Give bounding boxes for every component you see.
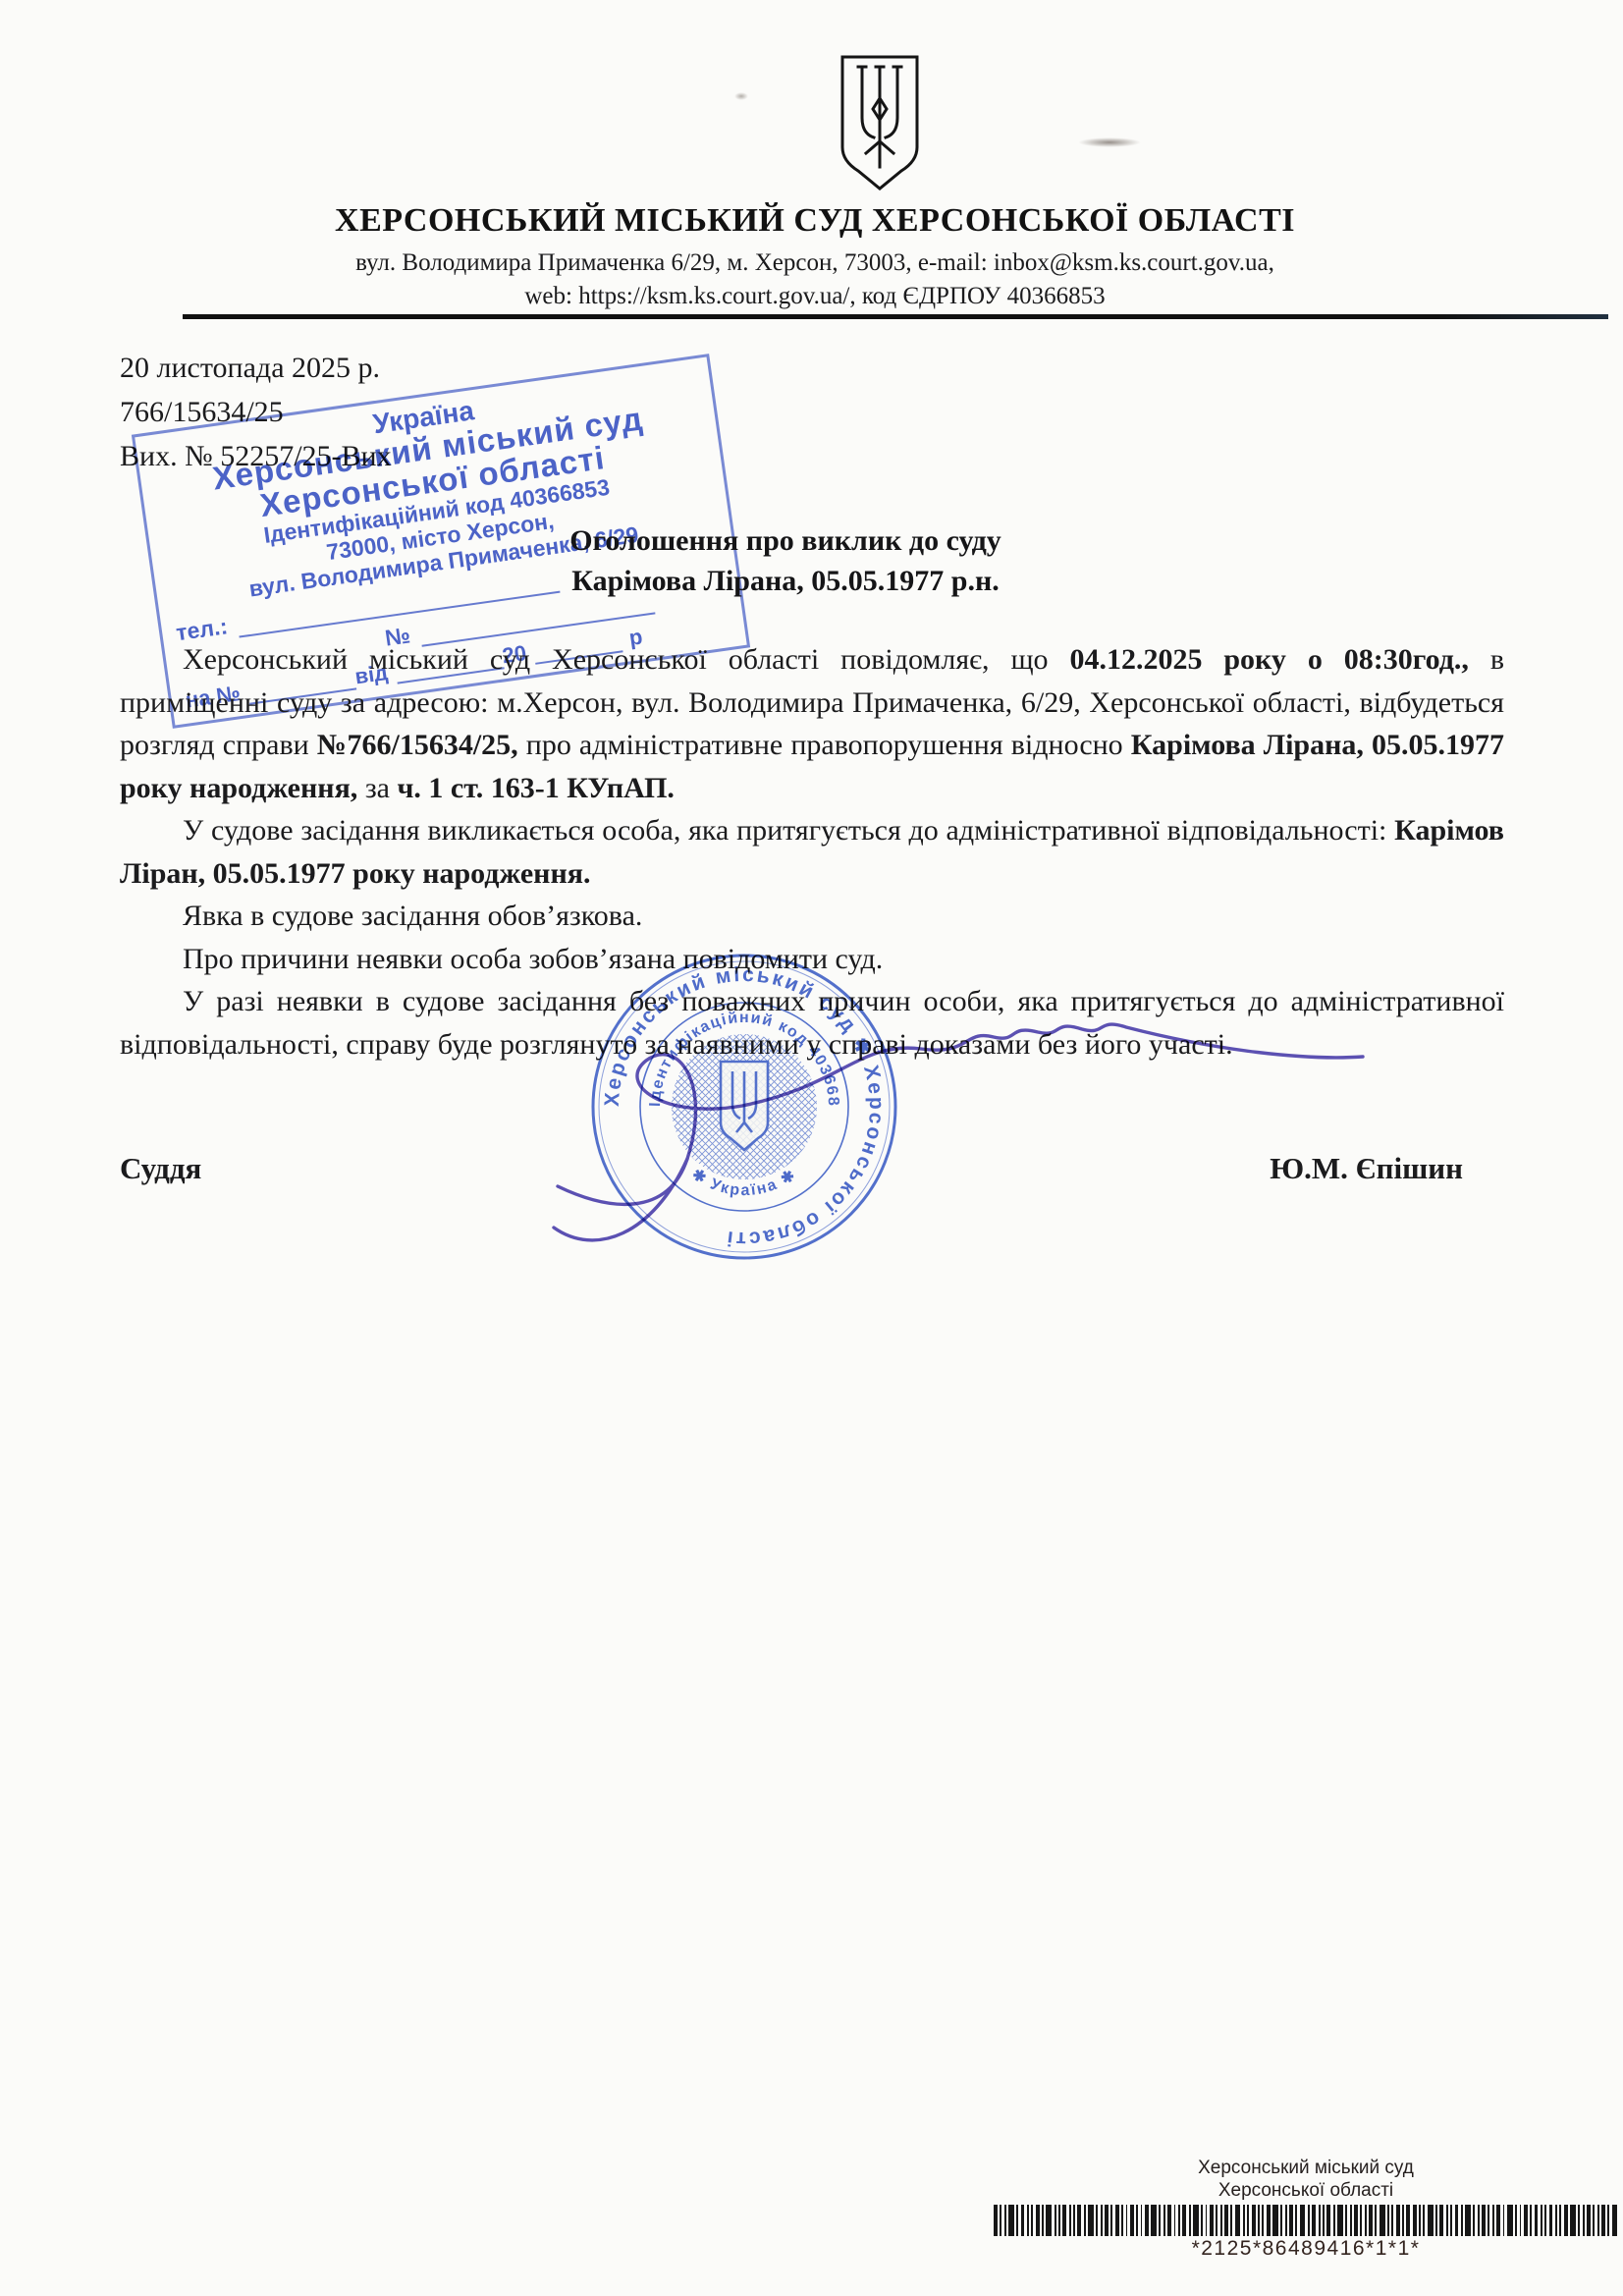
barcode-bar [1220,2205,1222,2236]
barcode-bar [1461,2205,1463,2236]
paragraph-summoned: У судове засідання викликається особа, я… [120,809,1504,895]
barcode-bar [1326,2205,1330,2236]
court-web-line: web: https://ksm.ks.court.gov.ua/, код Є… [108,283,1522,310]
barcode-bar [1151,2205,1157,2236]
barcode-bar [1206,2205,1208,2236]
barcode-bar [1031,2205,1033,2236]
judge-label: Суддя [120,1151,201,1186]
barcode-bar [1455,2205,1459,2236]
paragraph-attendance: Явка в судове засідання обов’язкова. [120,895,1504,938]
barcode-bar [1419,2205,1421,2236]
scan-smudge [734,92,748,100]
document-title: Оголошення про виклик до суду Карімова Л… [314,520,1257,601]
barcode-bar [1345,2205,1347,2236]
barcode-value: *2125*86489416*1*1* [994,2237,1618,2260]
document-page: ХЕРСОНСЬКИЙ МІСЬКИЙ СУД ХЕРСОНСЬКОЇ ОБЛА… [0,0,1623,2296]
barcode-bar [1167,2205,1171,2236]
barcode-bar [1570,2205,1576,2236]
barcode-bar [1182,2205,1186,2236]
court-address-line: вул. Володимира Примаченка 6/29, м. Херс… [108,249,1522,277]
barcode-bar [1515,2205,1517,2236]
barcode-bar [1295,2205,1297,2236]
barcode-bar [1230,2205,1232,2236]
barcode-bar [1101,2205,1103,2236]
judge-handwritten-signature [530,990,1394,1275]
scan-smudge [1078,137,1141,147]
barcode-bar [1055,2205,1056,2236]
barcode-bar [1027,2205,1029,2236]
barcode-bar [1136,2205,1138,2236]
barcode-bar [1312,2205,1316,2236]
barcode-bar [1285,2205,1287,2236]
barcode-bar [1482,2205,1486,2236]
barcode-bar [1544,2205,1546,2236]
barcode-bar [1524,2205,1528,2236]
p2-seg-a: У судове засідання викликається особа, я… [183,814,1394,847]
barcode-bar [1555,2205,1557,2236]
barcode-bar [1300,2205,1306,2236]
barcode-bar [1004,2205,1006,2236]
barcode-bar [1163,2205,1165,2236]
barcode-bar [1473,2205,1475,2236]
barcode-bar [1612,2205,1618,2236]
trident-emblem-icon [835,51,925,194]
barcode-bar [1069,2205,1071,2236]
barcode-bar [1084,2205,1086,2236]
barcode-bar [1541,2205,1542,2236]
barcode-bar [1258,2205,1260,2236]
barcode-bar [1280,2205,1282,2236]
barcode-bar [1492,2205,1494,2236]
barcode-bar [1178,2205,1180,2236]
barcode-bar [1189,2205,1191,2236]
p1-seg-e: про адміністративне правопорушення відно… [518,729,1131,761]
barcode [994,2205,1618,2236]
p1-article: ч. 1 ст. 163-1 КУпАП. [397,772,674,804]
barcode-bar [1008,2205,1014,2236]
barcode-bar [1126,2205,1128,2236]
barcode-bar [1141,2205,1143,2236]
barcode-bar [1262,2205,1264,2236]
p1-hearing-datetime: 04.12.2025 року о 08:30год., [1069,643,1468,676]
barcode-bar [1308,2205,1310,2236]
p1-seg-a: Херсонський міський суд Херсонської обла… [183,643,1069,676]
barcode-bar [1036,2205,1040,2236]
barcode-bar [1210,2205,1214,2236]
barcode-bar [1350,2205,1352,2236]
barcode-bar [1046,2205,1052,2236]
barcode-bar [1323,2205,1325,2236]
barcode-bar [1021,2205,1025,2236]
barcode-bar [1130,2205,1134,2236]
barcode-bar [1607,2205,1609,2236]
barcode-bar [1105,2205,1109,2236]
barcode-bar [1601,2205,1605,2236]
barcode-bar [1319,2205,1321,2236]
barcode-bar [1587,2205,1591,2236]
footer-court-line2: Херсонської області [994,2179,1618,2202]
barcode-bar [1450,2205,1452,2236]
barcode-bar [1391,2205,1393,2236]
barcode-bar [1520,2205,1522,2236]
barcode-bar [1402,2205,1404,2236]
barcode-bar [1289,2205,1293,2236]
barcode-bar [1159,2205,1161,2236]
barcode-bar [1333,2205,1335,2236]
barcode-bar [1423,2205,1425,2236]
barcode-bar [1267,2205,1271,2236]
barcode-bar [1365,2205,1367,2236]
barcode-bar [1530,2205,1532,2236]
court-name-heading: ХЕРСОНСЬКИЙ МІСЬКИЙ СУД ХЕРСОНСЬКОЇ ОБЛА… [108,202,1522,240]
barcode-bar [1549,2205,1553,2236]
barcode-bar [1062,2205,1066,2236]
barcode-bar [1077,2205,1081,2236]
header-divider [183,314,1608,319]
barcode-bar [1369,2205,1373,2236]
barcode-bar [1193,2205,1199,2236]
barcode-bar [1121,2205,1123,2236]
p1-case-number: №766/15634/25, [317,729,518,761]
barcode-bar [1465,2205,1471,2236]
document-title-line2: Карімова Лірана, 05.05.1977 р.н. [314,561,1257,601]
barcode-bar [1216,2205,1217,2236]
barcode-bar [1435,2205,1437,2236]
barcode-bar [1272,2205,1278,2236]
barcode-bar [1428,2205,1434,2236]
barcode-bar [1354,2205,1358,2236]
barcode-bar [1042,2205,1044,2236]
barcode-bar [1174,2205,1176,2236]
document-title-line1: Оголошення про виклик до суду [314,520,1257,561]
barcode-bar [1247,2205,1249,2236]
barcode-bar [1073,2205,1075,2236]
barcode-bar [1380,2205,1385,2236]
barcode-bar [1488,2205,1489,2236]
barcode-bar [1597,2205,1599,2236]
barcode-bar [1000,2205,1001,2236]
barcode-bar [1578,2205,1580,2236]
barcode-bar [1503,2205,1505,2236]
paragraph-notice: Херсонський міський суд Херсонської обла… [120,638,1504,809]
barcode-bar [1224,2205,1228,2236]
barcode-bar [1360,2205,1362,2236]
barcode-bar [1496,2205,1500,2236]
barcode-bar [1337,2205,1343,2236]
barcode-bar [1110,2205,1112,2236]
barcode-bar [994,2205,998,2236]
barcode-bar [1096,2205,1098,2236]
barcode-bar [1145,2205,1149,2236]
barcode-bar [1396,2205,1400,2236]
barcode-bar [1115,2205,1119,2236]
barcode-bar [1058,2205,1060,2236]
barcode-bar [1252,2205,1256,2236]
barcode-bar [1507,2205,1513,2236]
p1-seg-g: за [357,772,397,804]
barcode-bar [1243,2205,1245,2236]
barcode-bar [1583,2205,1585,2236]
barcode-bar [1406,2205,1410,2236]
barcode-bar [1478,2205,1480,2236]
barcode-bar [1016,2205,1018,2236]
barcode-bar [1559,2205,1561,2236]
barcode-bar [1535,2205,1539,2236]
document-date: 20 листопада 2025 р. [120,346,392,390]
footer-block: Херсонський міський суд Херсонської обла… [994,2157,1618,2260]
barcode-bar [1201,2205,1203,2236]
barcode-bar [1564,2205,1568,2236]
barcode-bar [1387,2205,1389,2236]
footer-court-line1: Херсонський міський суд [994,2157,1618,2179]
barcode-bar [1375,2205,1377,2236]
barcode-bar [1088,2205,1094,2236]
barcode-bar [1593,2205,1595,2236]
barcode-bar [1439,2205,1443,2236]
barcode-bar [1235,2205,1241,2236]
barcode-bar [1446,2205,1448,2236]
barcode-bar [1413,2205,1417,2236]
